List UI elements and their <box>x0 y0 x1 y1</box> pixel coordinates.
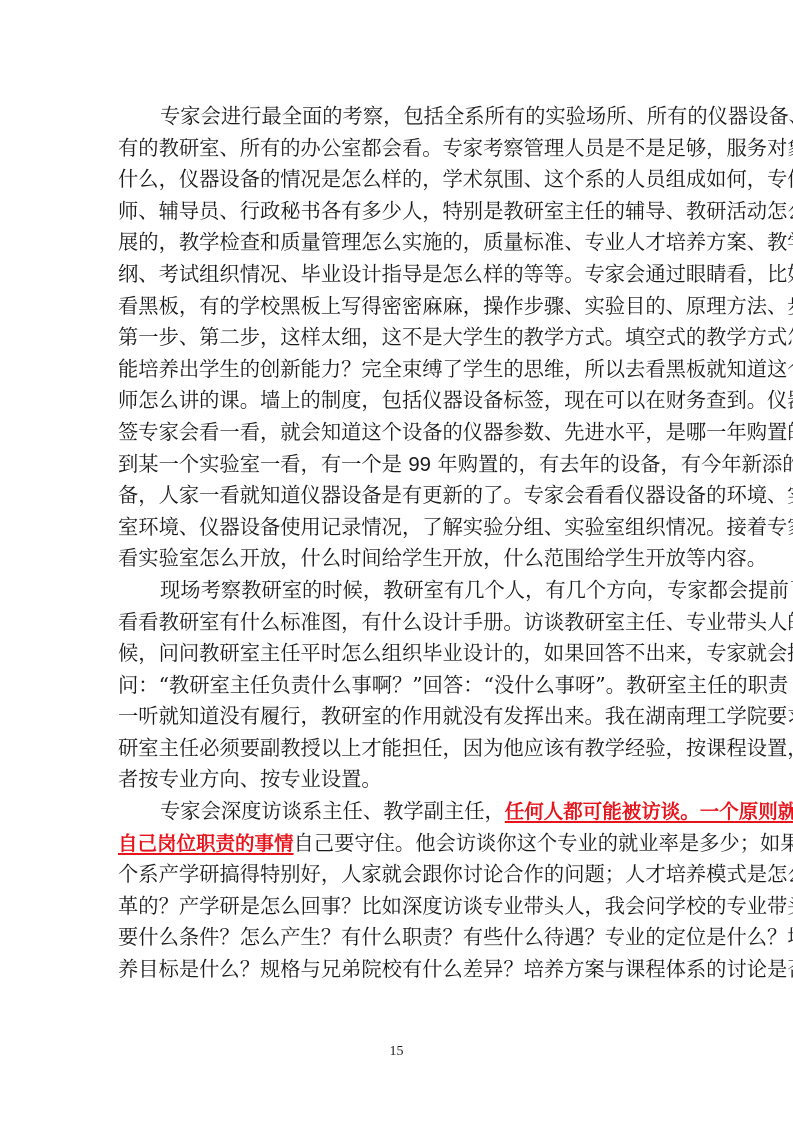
document-page: 专家会进行最全面的考察，包括全系所有的实验场所、所有的仪器设备、所 有的教研室、… <box>118 101 674 986</box>
text-line: 到某一个实验室一看，有一个是 99 年购置的，有去年的设备，有今年新添的设 <box>118 449 674 481</box>
text-line: 师、辅导员、行政秘书各有多少人，特别是教研室主任的辅导、教研活动怎么开 <box>118 196 674 228</box>
page-number: 15 <box>0 1044 793 1060</box>
text-line: 看黑板，有的学校黑板上写得密密麻麻，操作步骤、实验目的、原理方法、步骤 <box>118 291 674 323</box>
text-segment: 自己要守住。他会访谈你这个专业的就业率是多少；如果这 <box>294 831 793 855</box>
text-line: 第一步、第二步，这样太细，这不是大学生的教学方式。填空式的教学方式怎么 <box>118 322 674 354</box>
paragraph-2: 现场考察教研室的时候，教研室有几个人，有几个方向，专家都会提前了解。 看看教研室… <box>118 575 674 796</box>
text-line: 看实验室怎么开放，什么时间给学生开放，什么范围给学生开放等内容。 <box>118 543 674 575</box>
text-line: 问：“教研室主任负责什么事啊？”回答：“没什么事呀”。教研室主任的职责 <box>118 670 674 702</box>
year-number: 99 <box>408 454 431 476</box>
text-line: 室环境、仪器设备使用记录情况，了解实验分组、实验室组织情况。接着专家会 <box>118 512 674 544</box>
paragraph-1: 专家会进行最全面的考察，包括全系所有的实验场所、所有的仪器设备、所 有的教研室、… <box>118 101 674 575</box>
text-line: 个系产学研搞得特别好，人家就会跟你讨论合作的问题；人才培养模式是怎么改 <box>118 859 674 891</box>
text-line: 现场考察教研室的时候，教研室有几个人，有几个方向，专家都会提前了解。 <box>118 575 674 607</box>
highlighted-text: 自己岗位职责的事情 <box>118 832 294 855</box>
text-line: 革的？产学研是怎么回事？比如深度访谈专业带头人，我会问学校的专业带头人 <box>118 891 674 923</box>
text-segment: 到某一个实验室一看，有一个是 <box>118 452 402 476</box>
text-line: 看看教研室有什么标准图，有什么设计手册。访谈教研室主任、专业带头人的时 <box>118 607 674 639</box>
text-line: 研室主任必须要副教授以上才能担任，因为他应该有教学经验，按课程设置，或 <box>118 733 674 765</box>
text-segment: 年购置的，有去年的设备，有今年新添的设 <box>437 452 793 476</box>
text-line: 有的教研室、所有的办公室都会看。专家考察管理人员是不是足够，服务对象是 <box>118 133 674 165</box>
text-line: 什么，仪器设备的情况是怎么样的，学术氛围、这个系的人员组成如何，专任教 <box>118 164 674 196</box>
text-line: 要什么条件？怎么产生？有什么职责？有些什么待遇？专业的定位是什么？培 <box>118 922 674 954</box>
text-line: 一听就知道没有履行，教研室的作用就没有发挥出来。我在湖南理工学院要求教 <box>118 701 674 733</box>
text-line: 纲、考试组织情况、毕业设计指导是怎么样的等等。专家会通过眼睛看，比如说 <box>118 259 674 291</box>
text-line: 师怎么讲的课。墙上的制度，包括仪器设备标签，现在可以在财务查到。仪器标 <box>118 385 674 417</box>
text-line: 展的，教学检查和质量管理怎么实施的，质量标准、专业人才培养方案、教学大 <box>118 227 674 259</box>
text-line: 养目标是什么？规格与兄弟院校有什么差异？培养方案与课程体系的讨论是否 <box>118 954 674 986</box>
text-line: 自己岗位职责的事情自己要守住。他会访谈你这个专业的就业率是多少；如果这 <box>118 828 674 860</box>
text-line: 者按专业方向、按专业设置。 <box>118 764 674 796</box>
text-line: 候，问问教研室主任平时怎么组织毕业设计的，如果回答不出来，专家就会接着 <box>118 638 674 670</box>
paragraph-3: 专家会深度访谈系主任、教学副主任，任何人都可能被访谈。一个原则就是： 自己岗位职… <box>118 796 674 986</box>
text-segment: 专家会深度访谈系主任、教学副主任， <box>160 799 505 823</box>
text-line: 专家会进行最全面的考察，包括全系所有的实验场所、所有的仪器设备、所 <box>118 101 674 133</box>
highlighted-text: 任何人都可能被访谈。一个原则就是： <box>505 800 793 823</box>
text-line: 能培养出学生的创新能力？完全束缚了学生的思维，所以去看黑板就知道这个老 <box>118 354 674 386</box>
text-line: 签专家会看一看，就会知道这个设备的仪器参数、先进水平，是哪一年购置的。 <box>118 417 674 449</box>
text-line: 备，人家一看就知道仪器设备是有更新的了。专家会看看仪器设备的环境、实验 <box>118 480 674 512</box>
text-line: 专家会深度访谈系主任、教学副主任，任何人都可能被访谈。一个原则就是： <box>118 796 674 828</box>
